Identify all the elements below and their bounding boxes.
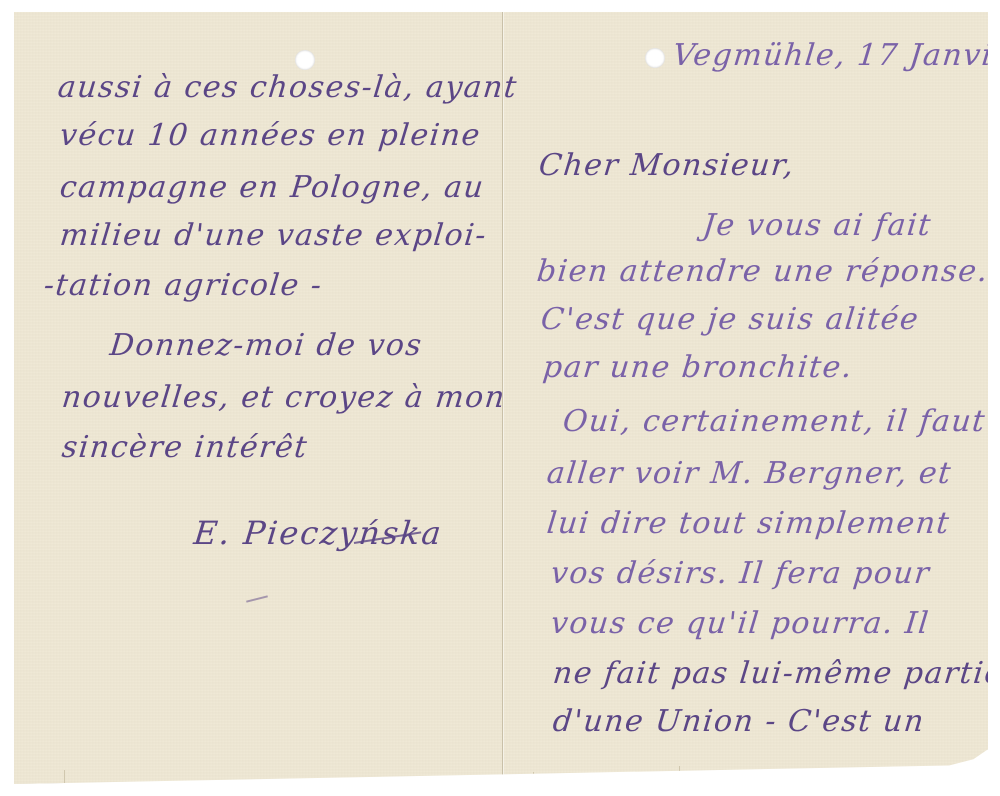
right-page: Vegmühle, 17 Janvier Cher Monsieur, Je v… xyxy=(503,12,988,784)
letter-line: C'est que je suis alitée xyxy=(539,302,921,337)
letter-line: lui dire tout simplement xyxy=(545,506,952,541)
place-date: Vegmühle, 17 Janvier xyxy=(671,38,1000,73)
letter-line: d'une Union - C'est un xyxy=(551,704,926,739)
letter-line: Oui, certainement, il faut xyxy=(561,404,988,439)
left-page: aussi à ces choses-là, ayant vécu 10 ann… xyxy=(14,12,502,784)
pencil-mark xyxy=(246,595,268,602)
letter-line: vécu 10 années en pleine xyxy=(58,118,483,153)
punch-hole xyxy=(295,50,315,70)
paper-edge-nick xyxy=(64,770,65,784)
letter-line: -tation agricole - xyxy=(42,268,324,303)
letter-line: nouvelles, et croyez à mon xyxy=(60,380,507,415)
punch-hole xyxy=(645,48,665,68)
letter-line: aller voir M. Bergner, et xyxy=(545,456,954,491)
paper-edge-nick xyxy=(533,772,534,786)
letter-line: vos désirs. Il fera pour xyxy=(549,556,932,591)
letter-line: Je vous ai fait xyxy=(701,208,933,243)
letter-line: sincère intérêt xyxy=(60,430,310,465)
letter-line: bien attendre une réponse. xyxy=(535,254,990,289)
letter-sheet: aussi à ces choses-là, ayant vécu 10 ann… xyxy=(14,12,988,784)
letter-line: ne fait pas lui-même partie xyxy=(551,656,1000,691)
paper-edge-nick xyxy=(679,766,680,780)
salutation: Cher Monsieur, xyxy=(537,148,796,183)
letter-line: Donnez-moi de vos xyxy=(108,328,424,363)
letter-line: milieu d'une vaste exploi- xyxy=(58,218,489,253)
letter-line: aussi à ces choses-là, ayant xyxy=(56,70,519,105)
letter-line: par une bronchite. xyxy=(541,350,855,385)
letter-line: vous ce qu'il pourra. Il xyxy=(549,606,931,641)
letter-line: campagne en Pologne, au xyxy=(58,170,486,205)
